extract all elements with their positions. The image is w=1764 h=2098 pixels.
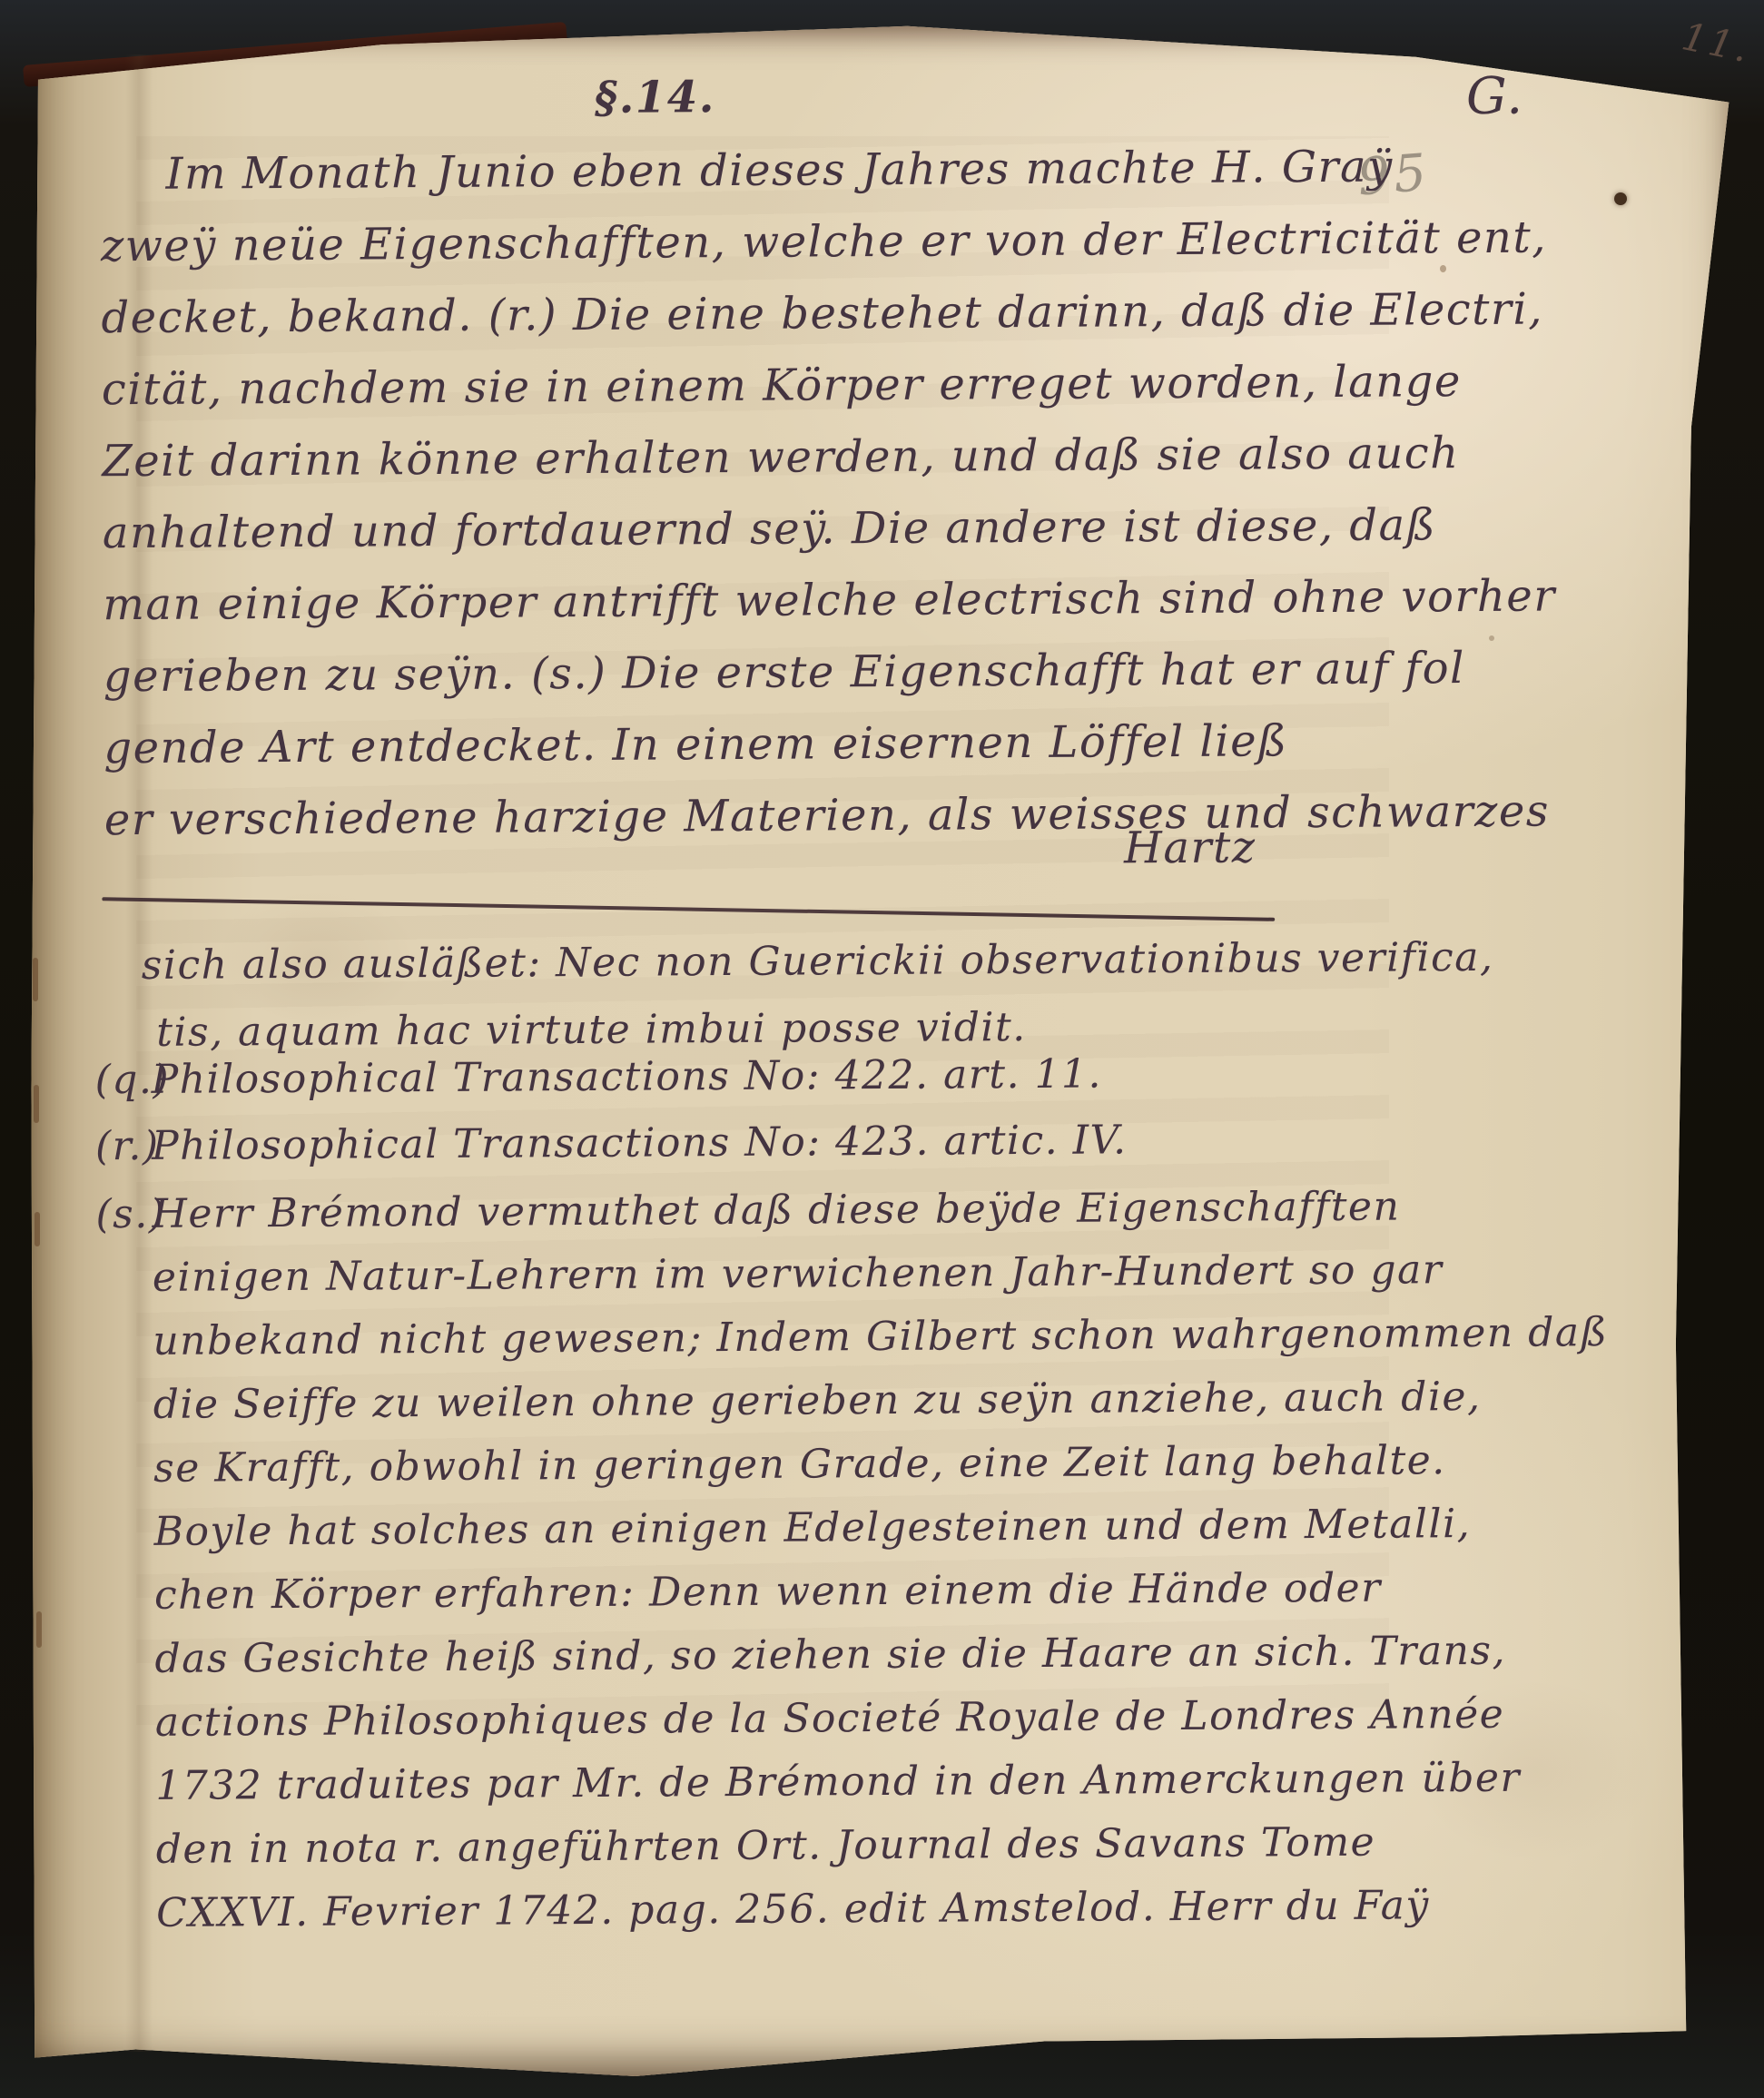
manuscript-line: zweÿ neüe Eigenschafften, welche er von … [101, 202, 1408, 282]
footnote-line: actions Philosophiques de la Societé Roy… [155, 1682, 1611, 1755]
footnote-line: einigen Natur-Lehrern im verwichenen Jah… [153, 1237, 1609, 1310]
footnote-marker: (r.) [95, 1115, 150, 1178]
footnote-line: Herr Brémond vermuthet daß diese beÿde E… [152, 1174, 1608, 1246]
folio-number: 11. [1678, 14, 1754, 71]
catchword: Hartz [1124, 822, 1256, 873]
manuscript-line: man einige Körper antrifft welche electr… [103, 561, 1410, 641]
footnote-marker: (s.) [95, 1183, 150, 1246]
footnote-line: se Krafft, obwohl in geringen Grade, ein… [153, 1428, 1610, 1501]
footnote-text: Philosophical Transactions No: 423. arti… [152, 1108, 1128, 1178]
footnote-r: (r.) Philosophical Transactions No: 423.… [95, 1108, 1128, 1178]
section-heading: §.14. [595, 72, 715, 123]
ink-text-layer: §.14. 11. G. 95 Im Monath Junio eben die… [0, 0, 1764, 2098]
footnote-line: Boyle hat solches an einigen Edelgestein… [153, 1492, 1610, 1564]
ink-speck [1614, 192, 1627, 205]
footnote-text: Philosophical Transactions No: 422. art.… [151, 1043, 1102, 1112]
scanned-manuscript-page: §.14. 11. G. 95 Im Monath Junio eben die… [0, 0, 1764, 2098]
separator-rule [102, 897, 1275, 921]
manuscript-line: decket, bekand. (r.) Die eine bestehet d… [101, 274, 1408, 354]
footnote-s: (s.) Herr Brémond vermuthet daß diese be… [95, 1174, 1611, 1945]
manuscript-line: cität, nachdem sie in einem Körper erreg… [102, 346, 1409, 426]
footnote-text: Herr Brémond vermuthet daß diese beÿde E… [152, 1174, 1611, 1945]
manuscript-line: Zeit darinn könne erhalten werden, und d… [102, 418, 1409, 497]
footnote-line: Philosophical Transactions No: 423. arti… [152, 1108, 1128, 1178]
main-paragraph: Im Monath Junio eben dieses Jahres macht… [100, 131, 1412, 856]
footnote-line: CXXVI. Fevrier 1742. pag. 256. edit Amst… [156, 1873, 1612, 1945]
footnote-line: den in nota r. angeführten Ort. Journal … [156, 1809, 1612, 1882]
manuscript-line: gerieben zu seÿn. (s.) Die erste Eigensc… [103, 633, 1411, 713]
ink-speck [1489, 635, 1494, 641]
footnote-line: die Seiffe zu weilen ohne gerieben zu se… [153, 1364, 1610, 1437]
quotation-line: sich also ausläßet: Nec non Guerickii ob… [142, 924, 1494, 1000]
ink-speck [1440, 265, 1446, 272]
footnote-line: chen Körper erfahren: Denn wenn einem di… [154, 1555, 1611, 1628]
manuscript-line: gende Art entdecket. In einem eisernen L… [103, 704, 1411, 784]
footnote-line: Philosophical Transactions No: 422. art.… [151, 1043, 1102, 1112]
footnote-marker: (q.) [94, 1049, 149, 1112]
manuscript-line: Im Monath Junio eben dieses Jahres macht… [100, 131, 1407, 211]
footnote-q: (q.) Philosophical Transactions No: 422.… [94, 1043, 1102, 1113]
gathering-letter-mark: G. [1466, 67, 1524, 126]
footnote-line: unbekand nicht gewesen; Indem Gilbert sc… [153, 1301, 1609, 1374]
footnote-line: das Gesichte heiß sind, so ziehen sie di… [154, 1619, 1611, 1691]
manuscript-line: anhaltend und fortdauernd seÿ. Die ander… [103, 489, 1410, 569]
footnote-line: 1732 traduites par Mr. de Brémond in den… [155, 1746, 1611, 1818]
